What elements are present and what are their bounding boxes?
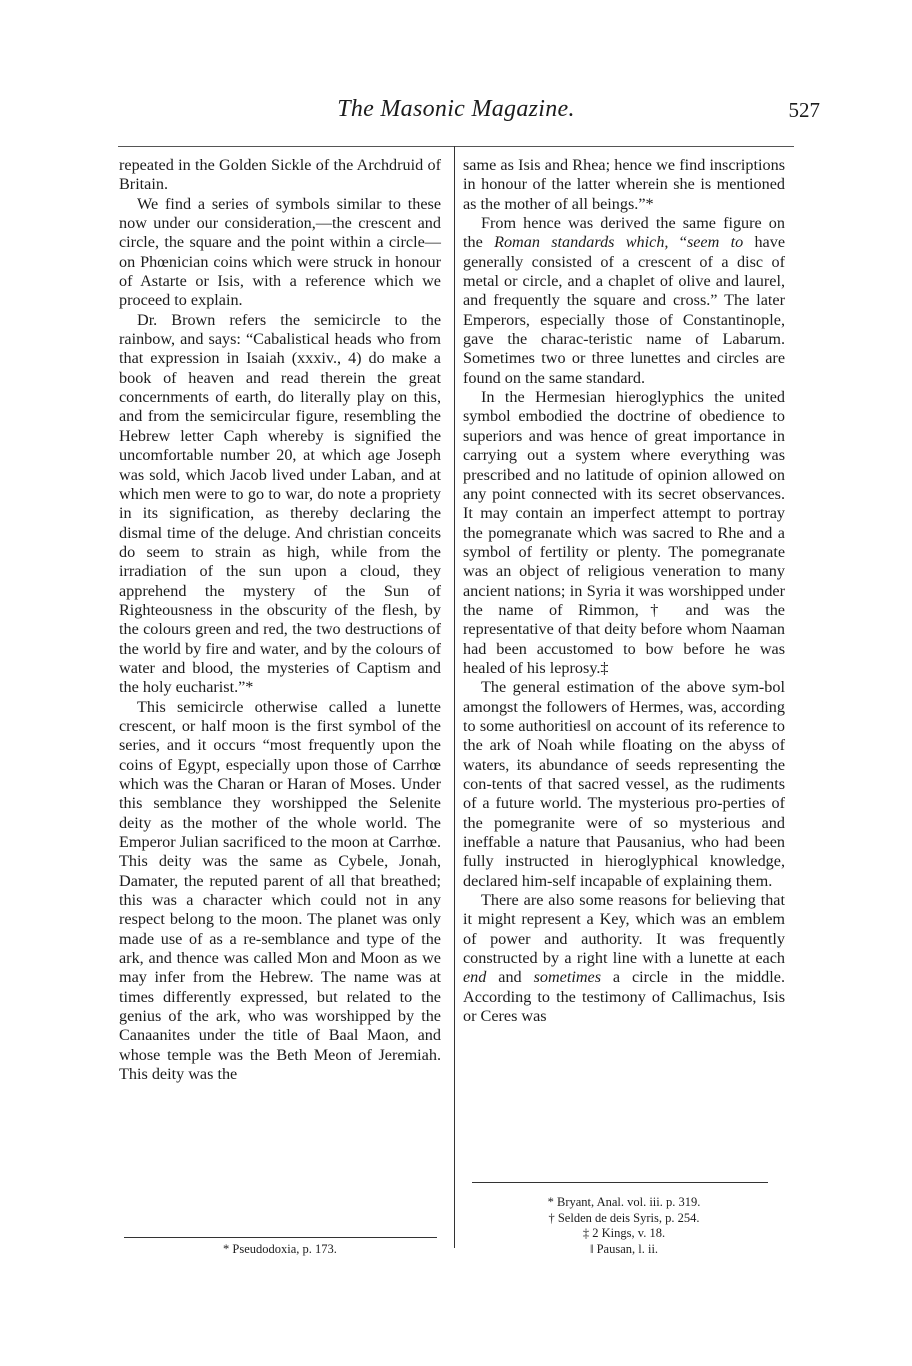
paragraph: This semicircle otherwise called a lunet…	[119, 698, 441, 1085]
text-run-italic: seem to	[687, 233, 743, 251]
magazine-title: The Masonic Magazine.	[0, 96, 912, 123]
page-number: 527	[789, 98, 821, 123]
paragraph: repeated in the Golden Sickle of the Arc…	[119, 156, 441, 195]
footnote: ‖ Pausan, l. ii.	[463, 1242, 785, 1258]
text-run: There are also some reasons for believin…	[463, 891, 785, 967]
text-run-italic: Roman standards which,	[494, 233, 668, 251]
left-column: repeated in the Golden Sickle of the Arc…	[119, 156, 441, 1085]
text-run-italic: end	[463, 968, 486, 986]
text-run-italic: sometimes	[534, 968, 601, 986]
paragraph: We find a series of symbols similar to t…	[119, 195, 441, 311]
text-run: “	[668, 233, 686, 251]
footnotes-right: * Bryant, Anal. vol. iii. p. 319. † Seld…	[463, 1195, 785, 1257]
text-run: and	[486, 968, 533, 986]
footnote: † Selden de deis Syris, p. 254.	[463, 1211, 785, 1227]
right-column: same as Isis and Rhea; hence we find ins…	[463, 156, 785, 1026]
footnote: ‡ 2 Kings, v. 18.	[463, 1226, 785, 1242]
paragraph: In the Hermesian hieroglyphics the unite…	[463, 388, 785, 678]
footnote: * Bryant, Anal. vol. iii. p. 319.	[463, 1195, 785, 1211]
paragraph: Dr. Brown refers the semicircle to the r…	[119, 311, 441, 698]
paragraph: The general estimation of the above sym-…	[463, 678, 785, 891]
paragraph: same as Isis and Rhea; hence we find ins…	[463, 156, 785, 214]
footnote: * Pseudodoxia, p. 173.	[119, 1242, 441, 1258]
footnote-rule-left	[124, 1237, 437, 1238]
footnotes-left: * Pseudodoxia, p. 173.	[119, 1242, 441, 1258]
running-head: The Masonic Magazine. 527	[0, 96, 912, 126]
paragraph: There are also some reasons for believin…	[463, 891, 785, 1026]
column-divider	[454, 146, 455, 1248]
paragraph: From hence was derived the same figure o…	[463, 214, 785, 388]
text-run: have generally consisted of a crescent o…	[463, 233, 785, 386]
footnote-rule-right	[472, 1182, 768, 1183]
header-rule	[118, 146, 794, 147]
magazine-page: The Masonic Magazine. 527 repeated in th…	[0, 0, 912, 1366]
